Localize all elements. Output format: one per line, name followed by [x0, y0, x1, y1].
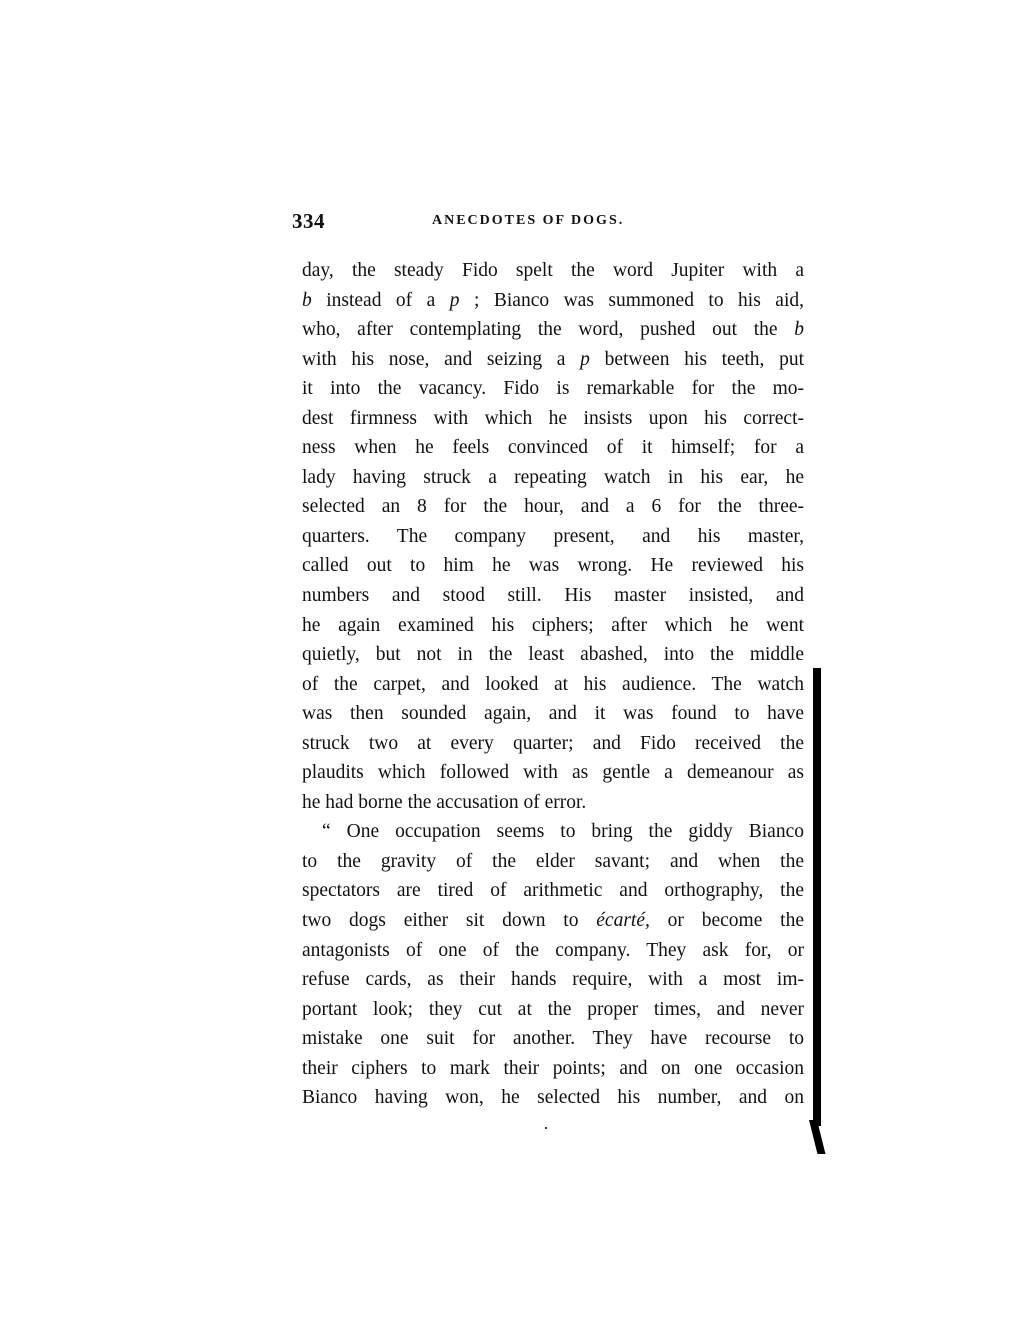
text-line: with his nose, and seizing a p between h…	[302, 345, 804, 375]
text-line: it into the vacancy. Fido is remarkable …	[302, 374, 804, 404]
text-line: ness when he feels convinced of it himse…	[302, 433, 804, 463]
text-line: spectators are tired of arithmetic and o…	[302, 876, 804, 906]
text-fragment: ; Bianco was summoned to his aid,	[460, 290, 804, 311]
text-line: to the gravity of the elder savant; and …	[302, 847, 804, 877]
text-line: “ One occupation seems to bring the gidd…	[302, 817, 804, 847]
page-number: 334	[292, 209, 325, 234]
text-fragment: with his nose, and seizing a	[302, 349, 580, 370]
text-line: two dogs either sit down to écarté, or b…	[302, 906, 804, 936]
text-line: of the carpet, and looked at his audienc…	[302, 670, 804, 700]
text-line: dest firmness with which he insists upon…	[302, 404, 804, 434]
text-line: plaudits which followed with as gentle a…	[302, 758, 804, 788]
text-line: was then sounded again, and it was found…	[302, 699, 804, 729]
text-line: quietly, but not in the least abashed, i…	[302, 640, 804, 670]
text-line: he again examined his ciphers; after whi…	[302, 611, 804, 641]
text-line: portant look; they cut at the proper tim…	[302, 995, 804, 1025]
text-line: selected an 8 for the hour, and a 6 for …	[302, 492, 804, 522]
running-title: ANECDOTES OF DOGS.	[432, 213, 624, 229]
text-fragment: or become the	[650, 910, 804, 931]
scanned-book-page: 334 ANECDOTES OF DOGS. day, the steady F…	[0, 0, 1033, 1339]
italic-letter-b: b	[302, 290, 312, 311]
text-line: lady having struck a repeating watch in …	[302, 463, 804, 493]
text-line: refuse cards, as their hands require, wi…	[302, 965, 804, 995]
text-line: Bianco having won, he selected his numbe…	[302, 1083, 804, 1113]
text-line: quarters. The company present, and his m…	[302, 522, 804, 552]
scan-gutter-shadow	[813, 668, 821, 1126]
text-line: their ciphers to mark their points; and …	[302, 1054, 804, 1084]
text-fragment: who, after contemplating the word, pushe…	[302, 319, 794, 340]
text-fragment: between his teeth, put	[590, 349, 804, 370]
text-line: struck two at every quarter; and Fido re…	[302, 729, 804, 759]
text-fragment: two dogs either sit down to	[302, 910, 596, 931]
text-line: day, the steady Fido spelt the word Jupi…	[302, 256, 804, 286]
italic-letter-p: p	[450, 290, 460, 311]
italic-letter-b: b	[794, 319, 804, 340]
text-line: called out to him he was wrong. He revie…	[302, 551, 804, 581]
running-head: 334 ANECDOTES OF DOGS.	[292, 209, 812, 233]
text-fragment: instead of a	[312, 290, 450, 311]
scan-speck	[545, 1127, 547, 1129]
text-line: mistake one suit for another. They have …	[302, 1024, 804, 1054]
text-line: b instead of a p ; Bianco was summoned t…	[302, 286, 804, 316]
text-line: antagonists of one of the company. They …	[302, 936, 804, 966]
italic-word-ecarte: écarté,	[596, 910, 650, 931]
italic-letter-p: p	[580, 349, 590, 370]
scan-gutter-shadow-foot	[809, 1120, 825, 1154]
text-line: numbers and stood still. His master insi…	[302, 581, 804, 611]
body-text: day, the steady Fido spelt the word Jupi…	[302, 256, 804, 1113]
text-line: who, after contemplating the word, pushe…	[302, 315, 804, 345]
text-line: he had borne the accusation of error.	[302, 788, 804, 818]
